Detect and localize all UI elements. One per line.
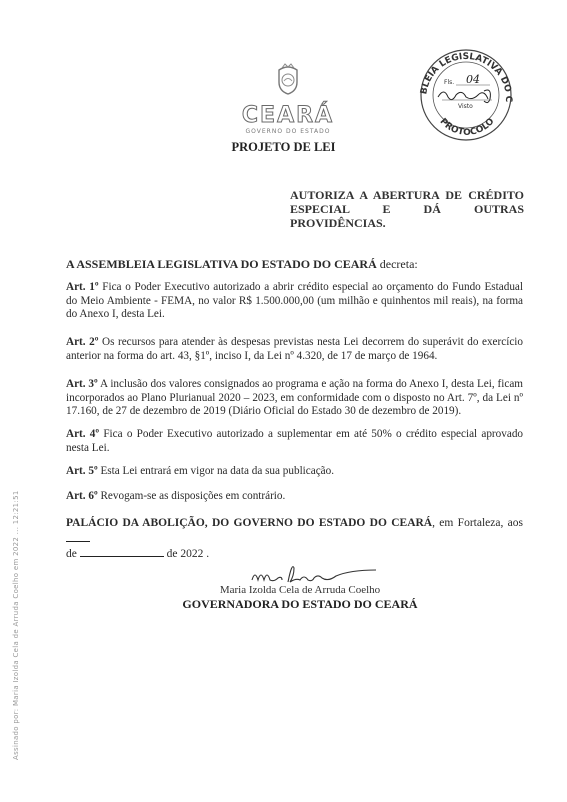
- article-text: A inclusão dos valores consignados ao pr…: [66, 378, 523, 417]
- article-label: Art. 6º: [66, 490, 98, 502]
- article-label: Art. 3º: [66, 378, 98, 390]
- ementa: AUTORIZA A ABERTURA DE CRÉDITO ESPECIAL …: [290, 188, 524, 230]
- signatory-role: GOVERNADORA DO ESTADO DO CEARÁ: [170, 597, 430, 612]
- closing-de: de: [66, 548, 80, 560]
- article-5: Art. 5º Esta Lei entrará em vigor na dat…: [66, 465, 523, 479]
- closing-mid: , em Fortaleza, aos: [432, 517, 523, 529]
- stamp-visto-label: Visto: [458, 103, 473, 110]
- logo-word: CEARÁ: [228, 105, 348, 127]
- article-text: Fica o Poder Executivo autorizado a supl…: [66, 428, 523, 454]
- article-2: Art. 2º Os recursos para atender às desp…: [66, 336, 523, 363]
- preamble-rest: decreta:: [377, 257, 418, 271]
- digital-signature-note: Assinado por: Maria Izolda Cela de Arrud…: [12, 490, 20, 760]
- stamp-top-text: ASSEMBLEIA LEGISLATIVA DO CEARÁ: [408, 43, 513, 103]
- article-4: Art. 4º Fica o Poder Executivo autorizad…: [66, 428, 523, 455]
- svg-text:ASSEMBLEIA LEGISLATIVA DO CEAR: ASSEMBLEIA LEGISLATIVA DO CEARÁ: [408, 43, 513, 103]
- logo-subtitle: GOVERNO DO ESTADO: [228, 128, 348, 135]
- article-1: Art. 1º Fica o Poder Executivo autorizad…: [66, 281, 523, 322]
- article-text: Esta Lei entrará em vigor na data da sua…: [98, 465, 334, 477]
- day-blank: [66, 531, 90, 542]
- article-3: Art. 3º A inclusão dos valores consignad…: [66, 378, 523, 419]
- ceara-logo: CEARÁ GOVERNO DO ESTADO: [228, 62, 348, 135]
- article-label: Art. 4º: [66, 428, 99, 440]
- article-6: Art. 6º Revogam-se as disposições em con…: [66, 490, 523, 504]
- preamble-bold: A ASSEMBLEIA LEGISLATIVA DO ESTADO DO CE…: [66, 257, 377, 271]
- protocol-stamp: ASSEMBLEIA LEGISLATIVA DO CEARÁ PROTOCOL…: [408, 43, 526, 143]
- stamp-fls-value: 04: [466, 73, 480, 86]
- month-blank: [80, 546, 164, 557]
- article-text: Os recursos para atender às despesas pre…: [66, 336, 523, 362]
- article-label: Art. 1º: [66, 281, 99, 293]
- article-text: Revogam-se as disposições em contrário.: [98, 490, 286, 502]
- article-text: Fica o Poder Executivo autorizado a abri…: [66, 281, 523, 320]
- signature-block: Maria Izolda Cela de Arruda Coelho GOVER…: [170, 560, 430, 612]
- preamble: A ASSEMBLEIA LEGISLATIVA DO ESTADO DO CE…: [66, 258, 523, 272]
- ceara-crest-icon: [273, 62, 303, 96]
- stamp-fls-label: Fls.: [444, 79, 454, 86]
- ementa-line-1: AUTORIZA A ABERTURA DE CRÉDITO: [290, 188, 524, 202]
- ementa-line-2: ESPECIAL E DÁ OUTRAS PROVIDÊNCIAS.: [290, 202, 524, 230]
- article-label: Art. 2º: [66, 336, 98, 348]
- closing-bold: PALÁCIO DA ABOLIÇÃO, DO GOVERNO DO ESTAD…: [66, 517, 432, 529]
- document-title: PROJETO DE LEI: [0, 140, 567, 155]
- closing-statement: PALÁCIO DA ABOLIÇÃO, DO GOVERNO DO ESTAD…: [66, 517, 523, 562]
- signatory-name: Maria Izolda Cela de Arruda Coelho: [170, 584, 430, 596]
- closing-year: de 2022 .: [164, 548, 209, 560]
- article-label: Art. 5º: [66, 465, 98, 477]
